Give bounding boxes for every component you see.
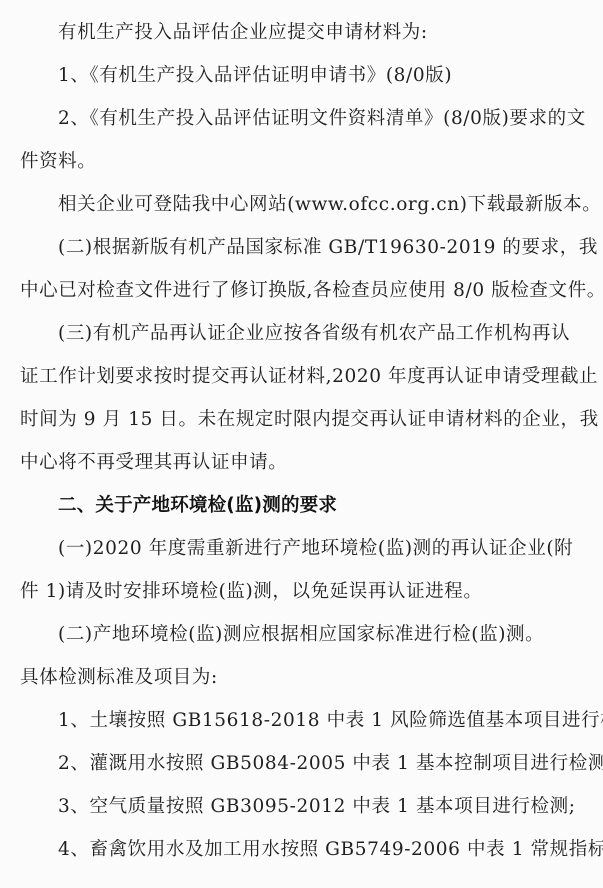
document-page: 有机生产投入品评估企业应提交申请材料为: 1、《有机生产投入品评估证明申请书》(…	[0, 0, 603, 888]
standard-item-livestock-water: 4、畜禽饮用水及加工用水按照 GB5749-2006 中表 1 常规指标进	[58, 838, 603, 862]
paragraph-intro: 有机生产投入品评估企业应提交申请材料为:	[58, 21, 428, 45]
list-item-2-cont: 件资料。	[20, 150, 96, 174]
paragraph-section-3: (三)有机产品再认证企业应按各省级有机农产品工作机构再认	[58, 322, 570, 346]
section-heading-environment: 二、关于产地环境检(监)测的要求	[58, 494, 337, 518]
paragraph-website: 相关企业可登陆我中心网站(www.ofcc.org.cn)下载最新版本。	[58, 193, 601, 217]
paragraph-env-1: (一)2020 年度需重新进行产地环境检(监)测的再认证企业(附	[58, 537, 573, 561]
paragraph-env-2: (二)产地环境检(监)测应根据相应国家标准进行检(监)测。	[58, 623, 544, 647]
standard-item-soil: 1、土壤按照 GB15618-2018 中表 1 风险筛选值基本项目进行检测;	[58, 709, 603, 733]
paragraph-section-2-cont: 中心已对检查文件进行了修订换版,各检查员应使用 8/0 版检查文件。	[20, 279, 603, 303]
paragraph-section-3-cont1: 证工作计划要求按时提交再认证材料,2020 年度再认证申请受理截止	[20, 365, 598, 389]
list-item-2: 2、《有机生产投入品评估证明文件资料清单》(8/0版)要求的文	[58, 107, 586, 131]
paragraph-env-1-cont: 件 1)请及时安排环境检(监)测，以免延误再认证进程。	[20, 580, 483, 604]
list-item-1: 1、《有机生产投入品评估证明申请书》(8/0版)	[58, 64, 452, 88]
paragraph-env-2-cont: 具体检测标准及项目为:	[20, 666, 218, 690]
paragraph-section-3-cont2: 时间为 9 月 15 日。未在规定时限内提交再认证申请材料的企业，我	[20, 408, 599, 432]
paragraph-section-3-cont3: 中心将不再受理其再认证申请。	[20, 451, 287, 475]
paragraph-section-2: (二)根据新版有机产品国家标准 GB/T19630-2019 的要求，我	[58, 236, 598, 260]
standard-item-irrigation: 2、灌溉用水按照 GB5084-2005 中表 1 基本控制项目进行检测;	[58, 752, 603, 776]
standard-item-air: 3、空气质量按照 GB3095-2012 中表 1 基本项目进行检测;	[58, 795, 576, 819]
